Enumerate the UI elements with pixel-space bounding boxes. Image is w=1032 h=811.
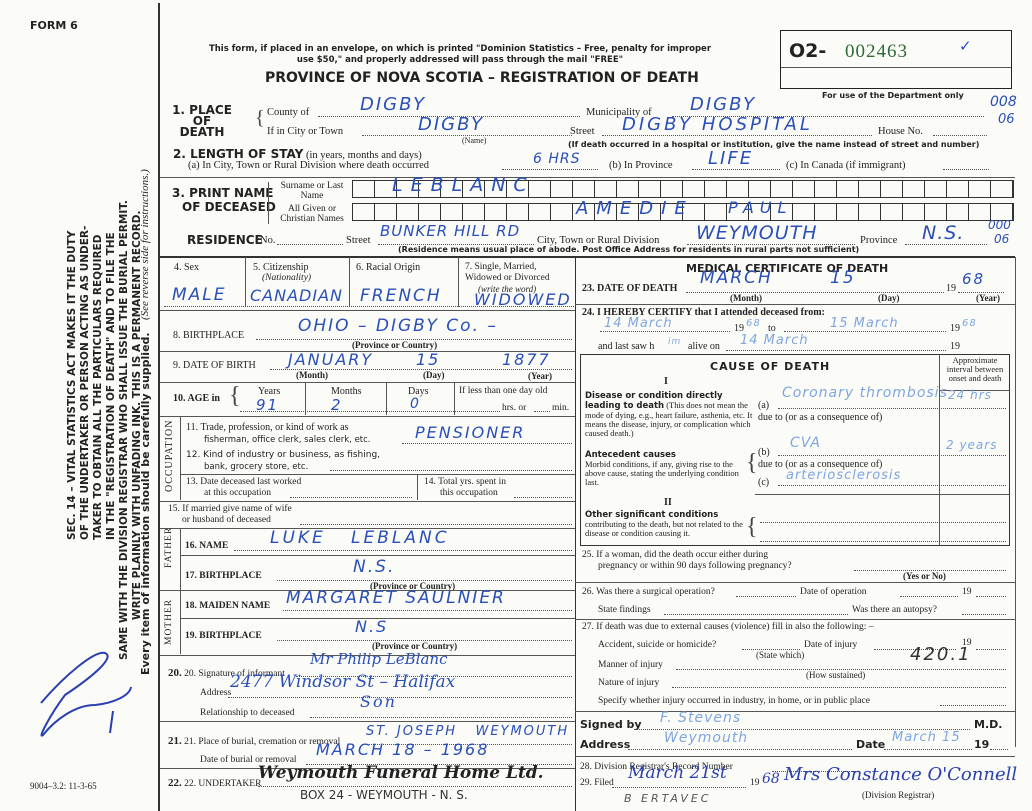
divider	[180, 528, 181, 654]
father-name-value[interactable]: LUKE LEBLANC	[270, 528, 450, 548]
filed-year[interactable]: 68	[762, 771, 780, 787]
address-label: Address	[580, 738, 630, 751]
county-label: County of	[267, 107, 309, 118]
surname-value[interactable]: LEBLANC	[392, 174, 535, 196]
dod-day[interactable]: 15	[830, 268, 856, 288]
birthplace-label: 8. BIRTHPLACE	[173, 330, 244, 341]
alive-on-line	[726, 350, 946, 351]
house-label: House No.	[878, 126, 923, 137]
age-line	[240, 411, 500, 412]
residence-province-label: Province	[860, 235, 897, 246]
name-hint: (Name)	[462, 136, 486, 145]
citizenship-value[interactable]: CANADIAN	[250, 286, 343, 305]
page-title: PROVINCE OF NOVA SCOTIA – REGISTRATION O…	[265, 70, 699, 86]
divider	[160, 382, 575, 383]
place-of-death-label: 1. PLACE OF DEATH	[172, 105, 232, 138]
father-name-label: 16. NAME	[185, 541, 228, 551]
autopsy-line[interactable]	[962, 614, 1006, 615]
divider	[349, 257, 350, 307]
last-worked-line	[290, 497, 412, 498]
nature-line[interactable]	[672, 687, 1006, 688]
less-than-day-label: If less than one day old	[459, 386, 547, 396]
divider	[755, 494, 1010, 495]
divider	[160, 501, 575, 502]
length-of-stay-row: 2. LENGTH OF STAY (in years, months and …	[173, 147, 422, 161]
street-line	[602, 135, 872, 136]
cause-b-interval[interactable]: 2 years	[946, 438, 997, 452]
birthplace-value[interactable]: OHIO – DIGBY Co. –	[298, 316, 498, 336]
injury-date-label: Date of injury	[804, 640, 857, 650]
brace-icon: {	[229, 383, 241, 410]
municipality-value[interactable]: DIGBY	[690, 94, 756, 115]
cause-c-label: (c)	[758, 477, 769, 488]
divider	[575, 582, 1015, 583]
other-line-2[interactable]	[760, 541, 1006, 542]
interval-header: Approximate interval between onset and d…	[941, 356, 1009, 383]
label-line: 15. If married give name of wife	[168, 504, 292, 515]
registrar-stamp: B ERTAVEC	[624, 792, 711, 805]
label-line: 12. Kind of industry or business, as fis…	[186, 449, 380, 461]
length-of-stay-label: 2. LENGTH OF STAY	[173, 147, 303, 161]
sex-value[interactable]: MALE	[172, 285, 227, 305]
citizenship-hint: (Nationality)	[262, 273, 311, 283]
residence-no-line	[277, 244, 343, 245]
date-year-line[interactable]	[990, 749, 1008, 750]
divider	[245, 257, 246, 307]
surname-label: Surname or Last Name	[272, 181, 352, 201]
label-line: or husband of deceased	[168, 515, 292, 526]
residence-province-line	[905, 244, 987, 245]
given-name-2[interactable]: PAUL	[728, 198, 792, 217]
how-sustained-hint: (How sustained)	[806, 670, 865, 680]
brace-icon: {	[746, 443, 758, 483]
statute-text: SEC. 14 – VITAL STATISTICS ACT MAKES IT …	[66, 200, 144, 660]
residence-note: (Residence means usual place of abode. P…	[398, 245, 859, 254]
last-worked-label: 13. Date deceased last worked at this oc…	[186, 477, 301, 499]
operation-date-label: Date of operation	[800, 587, 866, 597]
section-divider	[160, 256, 1015, 258]
q26-label: 26. Was there a surgical operation?	[582, 587, 715, 597]
code-number: 420.1	[910, 644, 972, 665]
specify-line[interactable]	[940, 705, 1006, 706]
divider	[160, 416, 575, 417]
residence-label: RESIDENCE	[187, 233, 263, 247]
cause-b-line	[778, 455, 1006, 456]
total-years-label: 14. Total yrs. spent in this occupation	[424, 477, 506, 499]
year-hint: (Year)	[528, 371, 552, 381]
stay-a-label: (a) In City, Town or Rural Division wher…	[188, 160, 429, 171]
label-line: 3. PRINT NAME	[172, 186, 276, 200]
print-code: 9004–3.2: 11-3-65	[30, 781, 97, 791]
nineteen-label: 19	[950, 341, 960, 352]
reg-number: 002463	[845, 41, 908, 63]
given-name-1[interactable]: AMEDIE	[576, 198, 694, 219]
signed-by-label: Signed by	[580, 718, 642, 731]
informant-address-label: Address	[200, 688, 231, 698]
dob-month[interactable]: JANUARY	[288, 350, 373, 369]
from-line	[600, 331, 730, 332]
signed-by-value[interactable]: F. Stevens	[660, 710, 741, 726]
cause-c-line	[778, 485, 1006, 486]
cause-c-value[interactable]: arteriosclerosis	[786, 468, 901, 483]
divider	[575, 711, 1015, 712]
burial-date-value[interactable]: MARCH 18 – 1968	[316, 740, 489, 759]
undertaker-label: 22. 22. UNDERTAKER	[168, 777, 261, 789]
dotted-line	[164, 306, 574, 307]
residence-code: 000	[988, 218, 1011, 232]
dob-day[interactable]: 15	[416, 350, 440, 369]
burial-place-value[interactable]: ST. JOSEPH WEYMOUTH	[366, 724, 569, 739]
marital-label: 7. Single, Married, Widowed or Divorced	[465, 262, 575, 284]
other-text: contributing to the death, but not relat…	[585, 520, 753, 538]
q25-hint: (Yes or No)	[903, 571, 946, 581]
trade-line	[402, 443, 572, 444]
label-line: 25. If a woman, did the death occur eith…	[582, 550, 792, 561]
statute-line: SAME WITH THE DIVISION REGISTRAR WHO SHA…	[118, 200, 131, 660]
dod-century: 19	[946, 283, 956, 294]
registrar-hint: (Division Registrar)	[862, 790, 934, 800]
code-top: 008	[990, 94, 1017, 110]
residence-city-value[interactable]: WEYMOUTH	[696, 222, 818, 244]
month-hint: (Month)	[296, 370, 328, 380]
street-label: Street	[570, 126, 595, 137]
address-line[interactable]	[628, 749, 852, 750]
residence-code-sub: 06	[994, 232, 1009, 246]
occupation-side-label: OCCUPATION	[164, 420, 175, 492]
divider	[458, 257, 459, 307]
registrar-signature[interactable]: Mrs Constance O'Connell	[784, 764, 1017, 785]
racial-value[interactable]: FRENCH	[360, 286, 442, 306]
divider	[417, 474, 418, 500]
label-line: 11. Trade, profession, or kind of work a…	[186, 422, 371, 434]
column-divider	[575, 257, 576, 811]
initials-scribble-icon	[35, 645, 135, 750]
industry-line	[330, 470, 572, 471]
label-text: 22. UNDERTAKER	[184, 779, 261, 789]
from-year[interactable]: 68	[746, 318, 761, 329]
informant-signature-value[interactable]: Mr Philip LeBlanc	[310, 650, 447, 668]
statute-line: IN THE "REGISTRATION OF DEATH" AND TO FI…	[105, 200, 118, 660]
residence-no-label: No.	[260, 235, 275, 246]
trade-label: 11. Trade, profession, or kind of work a…	[186, 422, 371, 446]
label-line: fisherman, office clerk, sales clerk, et…	[186, 434, 371, 446]
stay-a-line	[502, 169, 598, 170]
mail-notice-line: This form, if placed in an envelope, on …	[200, 44, 720, 55]
main-border	[158, 3, 160, 811]
relationship-value[interactable]: Son	[360, 692, 397, 711]
residence-street-label: Street	[346, 235, 371, 246]
from-value[interactable]: 14 March	[604, 316, 673, 331]
cause-a-line	[778, 408, 1006, 409]
divider	[180, 474, 575, 475]
q26-line[interactable]	[736, 596, 796, 597]
date-line[interactable]	[884, 749, 972, 750]
label-line: 13. Date deceased last worked	[186, 477, 301, 488]
cause-a-interval[interactable]: 24 hrs	[948, 388, 992, 402]
informant-address-value[interactable]: 2477 Windsor St – Halifax	[230, 672, 455, 692]
q27-label: 27. If death was due to external causes …	[582, 622, 874, 632]
divider	[160, 721, 575, 722]
burial-place-label: 21. 21. Place of burial, cremation or re…	[168, 735, 340, 747]
residence-street-value[interactable]: BUNKER HILL RD	[380, 222, 520, 240]
divider	[268, 182, 269, 224]
to-value[interactable]: 15 March	[830, 316, 899, 331]
stay-a-value[interactable]: 6 HRS	[533, 151, 581, 167]
operation-year-line[interactable]	[976, 596, 1006, 597]
stay-b-value[interactable]: LIFE	[708, 148, 753, 169]
birthplace-hint: (Province or Country)	[352, 340, 437, 350]
accident-label: Accident, suicide or homicide?	[598, 640, 716, 650]
stay-c-line	[943, 169, 989, 170]
date-label: Date	[856, 738, 885, 751]
dod-line	[686, 292, 944, 293]
interval-column-divider	[939, 354, 940, 546]
divider	[575, 304, 1015, 305]
findings-label: State findings	[598, 605, 651, 615]
city-value[interactable]: DIGBY	[418, 114, 484, 135]
due-to-label: due to (or as a consequence of)	[758, 412, 882, 423]
father-name-line	[234, 550, 572, 551]
min-label: min.	[552, 403, 569, 413]
hospital-note: (If death occurred in a hospital or inst…	[568, 140, 979, 149]
father-birthplace-value[interactable]: N.S.	[353, 557, 395, 577]
filed-line[interactable]	[612, 787, 746, 788]
print-name-label: 3. PRINT NAME OF DECEASED	[172, 186, 276, 214]
dod-label: 23. DATE OF DEATH	[582, 283, 677, 294]
code-top-sub: 06	[998, 112, 1015, 127]
to-line	[784, 331, 946, 332]
days-value[interactable]: 0	[410, 396, 421, 412]
nineteen-label: 19	[950, 323, 960, 334]
cause-b-label: (b)	[758, 447, 770, 458]
dod-month-hint: (Month)	[730, 293, 762, 303]
md-label: M.D.	[974, 718, 1002, 731]
check-mark: ✓	[959, 37, 974, 55]
dob-year[interactable]: 1877	[502, 350, 551, 369]
findings-line[interactable]	[664, 614, 848, 615]
divider	[575, 756, 1015, 757]
relationship-label: Relationship to deceased	[200, 708, 294, 718]
brace-icon: {	[255, 104, 265, 132]
mail-notice: This form, if placed in an envelope, on …	[200, 44, 720, 66]
cause-b-value[interactable]: CVA	[790, 435, 821, 451]
box-divider	[781, 67, 1011, 68]
hrs-label: hrs. or	[502, 403, 526, 413]
given-label: All Given or Christian Names	[272, 204, 352, 224]
residence-province-value[interactable]: N.S.	[922, 222, 964, 244]
other-conditions-description: Other significant conditions contributin…	[585, 511, 753, 538]
direct-cause-description: Disease or condition directly leading to…	[585, 391, 753, 438]
antecedent-text: Morbid conditions, if any, giving rise t…	[585, 460, 753, 487]
label-text: 1. PLACE OF DEATH	[172, 103, 232, 139]
stay-b-line	[692, 169, 780, 170]
mother-side-label: MOTHER	[164, 599, 174, 645]
dept-only-label: For use of the Department only	[822, 91, 964, 100]
statute-line: SEC. 14 – VITAL STATISTICS ACT MAKES IT …	[66, 200, 79, 660]
county-value[interactable]: DIGBY	[360, 94, 426, 115]
divider	[160, 310, 575, 311]
q25-label: 25. If a woman, did the death occur eith…	[582, 550, 792, 572]
autopsy-label: Was there an autopsy?	[852, 605, 937, 615]
last-saw-label: and last saw h	[598, 341, 654, 352]
spouse-label: 15. If married give name of wife or husb…	[168, 504, 292, 526]
spouse-line	[300, 524, 572, 525]
statute-line: TAKER TO OBTAIN ALL THE PARTICULARS REQU…	[92, 200, 105, 660]
form-number: FORM 6	[30, 19, 78, 32]
dod-year[interactable]: 68	[962, 270, 985, 288]
relationship-line	[310, 717, 572, 718]
specify-label: Specify whether injury occurred in indus…	[598, 696, 870, 706]
date-value[interactable]: March 15	[892, 730, 961, 745]
cause-title: CAUSE OF DEATH	[710, 360, 830, 373]
father-birthplace-label: 17. BIRTHPLACE	[185, 571, 262, 581]
undertaker-line	[258, 786, 572, 787]
age-label: 10. AGE in	[173, 393, 220, 404]
part-1-label: I	[664, 376, 668, 387]
reg-prefix: O2-	[789, 40, 826, 62]
stay-b-label: (b) In Province	[609, 160, 673, 171]
sex-label: 4. Sex	[174, 262, 199, 273]
alive-on-value[interactable]: 14 March	[740, 333, 809, 348]
divider	[180, 555, 575, 556]
mother-maiden-value[interactable]: MARGARET SAULNIER	[286, 588, 506, 608]
reverse-side-note: (See reverse side for instructions.)	[139, 169, 151, 320]
father-side-label: FATHER	[164, 527, 174, 568]
day-hint: (Day)	[423, 370, 445, 380]
to-year[interactable]: 68	[962, 318, 977, 329]
label-line: OF DECEASED	[172, 200, 276, 214]
label-line: bank, grocery store, etc.	[186, 461, 380, 473]
cause-a-value[interactable]: Coronary thrombosis	[782, 385, 948, 401]
dod-day-hint: (Day)	[878, 293, 900, 303]
stay-c-label: (c) In Canada (if immigrant)	[786, 160, 906, 171]
total-years-line	[514, 497, 572, 498]
divider	[180, 416, 181, 500]
mother-birthplace-label: 19. BIRTHPLACE	[185, 631, 262, 641]
alive-on-label: alive on	[688, 341, 720, 352]
house-line	[933, 135, 987, 136]
label-line: this occupation	[424, 488, 506, 499]
informant-address-line	[228, 697, 572, 698]
dob-label: 9. DATE OF BIRTH	[173, 360, 256, 371]
q29-label: 29. Filed	[580, 778, 614, 788]
dod-month[interactable]: MARCH	[700, 268, 773, 288]
undertaker-value[interactable]: Weymouth Funeral Home Ltd.	[258, 763, 544, 783]
label-line: at this occupation	[186, 488, 301, 499]
filed-date-value[interactable]: March 21st	[628, 763, 727, 783]
label-line: 14. Total yrs. spent in	[424, 477, 506, 488]
mother-maiden-label: 18. MAIDEN NAME	[185, 601, 270, 611]
state-which-hint: (State which)	[756, 650, 804, 660]
label-line: pregnancy or within 90 days following pr…	[582, 561, 792, 572]
min-line	[534, 411, 550, 412]
trade-value[interactable]: PENSIONER	[415, 423, 525, 442]
mail-notice-line: use $50," and properly addressed will pa…	[200, 55, 720, 66]
citizenship-label: 5. Citizenship	[253, 262, 309, 273]
injury-year-line[interactable]	[976, 649, 1006, 650]
mother-maiden-line	[283, 610, 572, 611]
part-2-label: II	[664, 497, 672, 508]
operation-date-line[interactable]	[900, 596, 958, 597]
nineteen-label: 19	[962, 587, 972, 597]
cause-a-label: (a)	[758, 400, 769, 411]
brace-icon: {	[746, 510, 758, 544]
divider	[160, 177, 1015, 178]
last-saw-h-value[interactable]: im	[668, 337, 681, 347]
city-label: If in City or Town	[267, 126, 343, 137]
every-item-note: Every item of information should be care…	[139, 332, 152, 675]
divider	[575, 619, 1015, 620]
mother-birthplace-value[interactable]: N.S	[355, 617, 388, 636]
dod-year-hint: (Year)	[976, 293, 1000, 303]
nineteen-label: 19	[974, 738, 989, 751]
street-value[interactable]: DIGBY HOSPITAL	[622, 114, 813, 135]
filed-century: 19	[750, 778, 760, 788]
statute-line: OF THE UNDERTAKER OR PERSON ACTING AS UN…	[79, 200, 92, 660]
registration-box: O2- 002463 ✓	[780, 30, 1012, 89]
right-border	[1015, 257, 1016, 747]
manner-label: Manner of injury	[598, 660, 663, 670]
undertaker-address-stamp: BOX 24 - WEYMOUTH - N. S.	[300, 788, 468, 802]
nature-label: Nature of injury	[598, 678, 659, 688]
other-line-1[interactable]	[760, 522, 1006, 523]
antecedent-description: Antecedent causes Morbid conditions, if …	[585, 451, 753, 487]
racial-label: 6. Racial Origin	[356, 262, 420, 273]
address-value[interactable]: Weymouth	[664, 730, 748, 746]
